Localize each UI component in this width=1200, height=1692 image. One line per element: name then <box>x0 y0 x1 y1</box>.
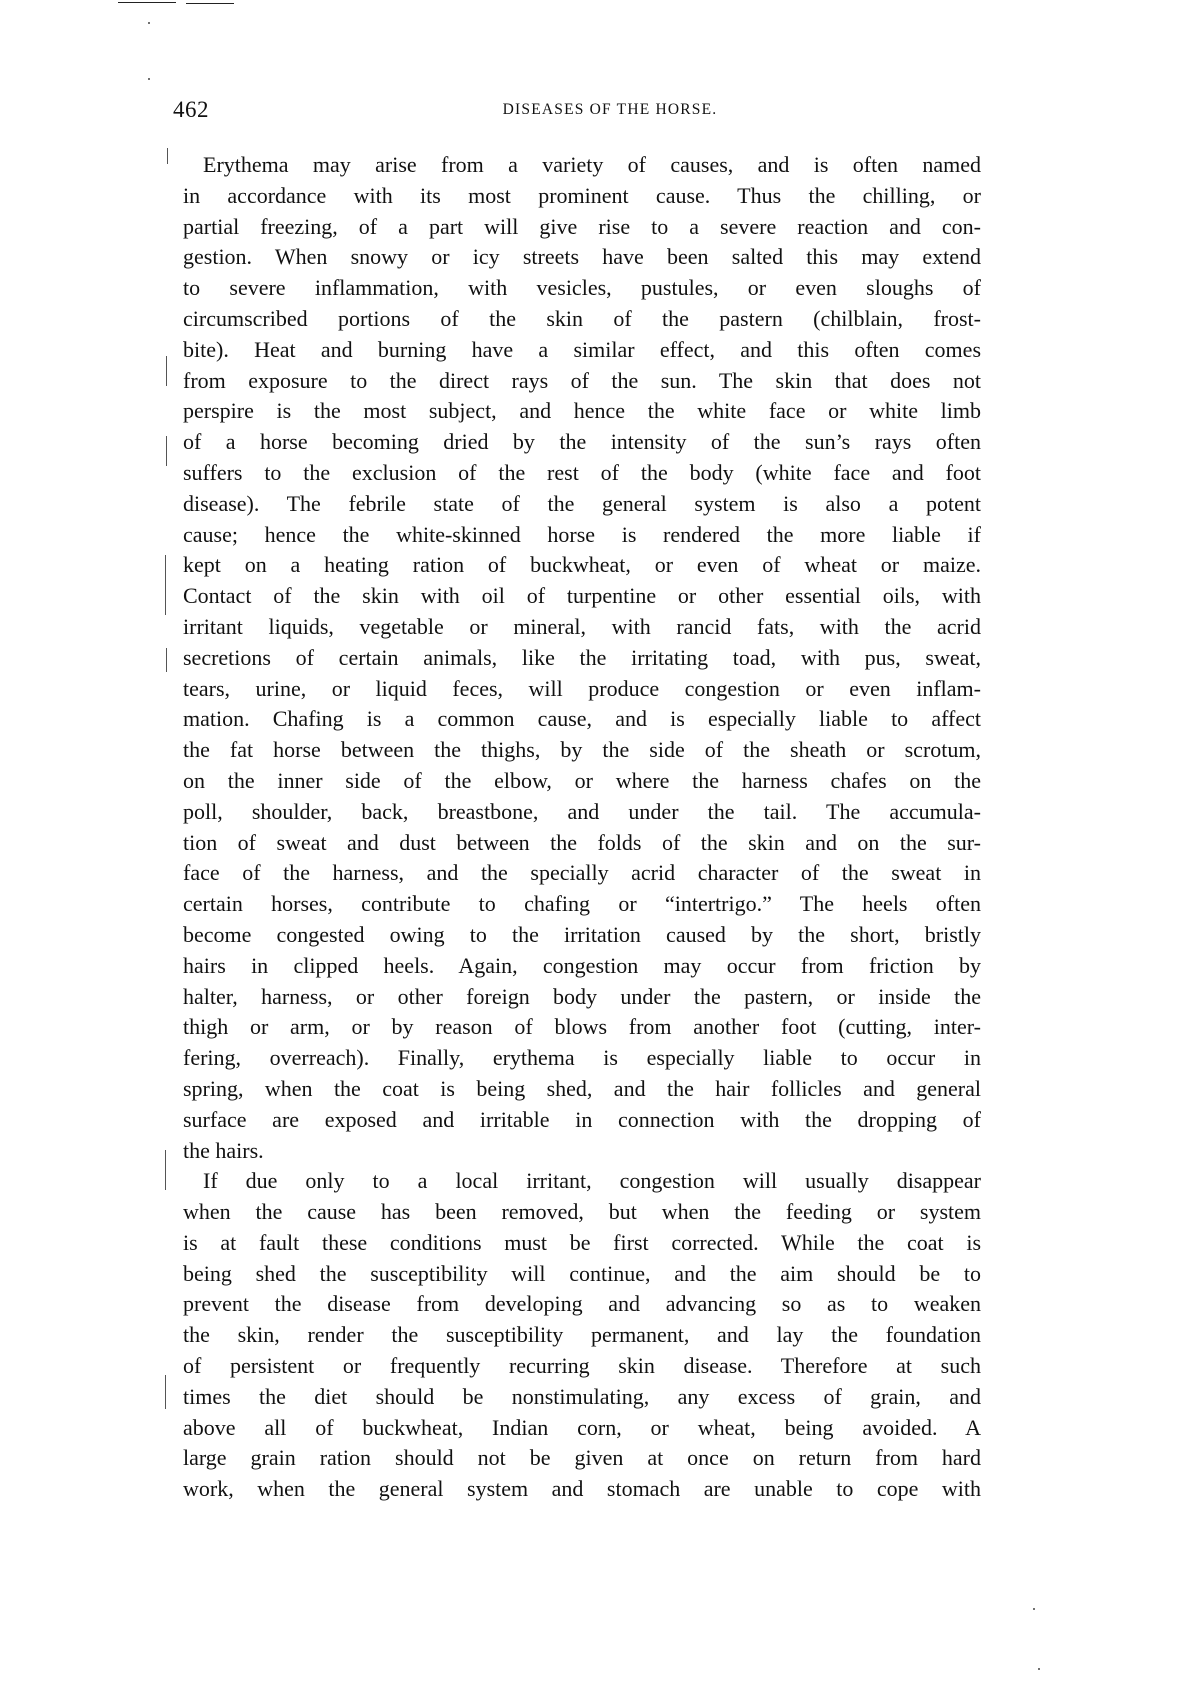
running-head: DISEASES OF THE HORSE. <box>0 101 1200 119</box>
text-line: thigh or arm, or by reason of blows from… <box>183 1012 981 1043</box>
text-line: bite). Heat and burning have a similar e… <box>183 335 981 366</box>
body-text: Erythema may arise from a variety of cau… <box>183 150 981 1505</box>
text-line: kept on a heating ration of buckwheat, o… <box>183 550 981 581</box>
text-line: poll, shoulder, back, breastbone, and un… <box>183 797 981 828</box>
margin-scan-bar <box>167 148 168 164</box>
scan-edge-mark <box>186 3 234 4</box>
text-line: tion of sweat and dust between the folds… <box>183 828 981 859</box>
text-line: prevent the disease from developing and … <box>183 1289 981 1320</box>
scan-speck <box>148 22 150 24</box>
text-line: of persistent or frequently recurring sk… <box>183 1351 981 1382</box>
text-line: tears, urine, or liquid feces, will prod… <box>183 674 981 705</box>
margin-scan-bar <box>166 356 167 386</box>
text-line: cause; hence the white-skinned horse is … <box>183 520 981 551</box>
text-line: circumscribed portions of the skin of th… <box>183 304 981 335</box>
text-line: the skin, render the susceptibility perm… <box>183 1320 981 1351</box>
text-line: when the cause has been removed, but whe… <box>183 1197 981 1228</box>
text-line: disease). The febrile state of the gener… <box>183 489 981 520</box>
text-line: secretions of certain animals, like the … <box>183 643 981 674</box>
paragraph-1: Erythema may arise from a variety of cau… <box>183 150 981 1166</box>
text-line: is at fault these conditions must be fir… <box>183 1228 981 1259</box>
text-line: work, when the general system and stomac… <box>183 1474 981 1505</box>
margin-scan-bar <box>166 436 167 466</box>
margin-scan-bar <box>165 1375 166 1409</box>
scan-edge-mark <box>118 2 176 3</box>
text-line: the fat horse between the thighs, by the… <box>183 735 981 766</box>
text-line: in accordance with its most prominent ca… <box>183 181 981 212</box>
text-line: partial freezing, of a part will give ri… <box>183 212 981 243</box>
text-line: halter, harness, or other foreign body u… <box>183 982 981 1013</box>
text-line: fering, overreach). Finally, erythema is… <box>183 1043 981 1074</box>
text-line: suffers to the exclusion of the rest of … <box>183 458 981 489</box>
text-line: being shed the susceptibility will conti… <box>183 1259 981 1290</box>
text-line: to severe inflammation, with vesicles, p… <box>183 273 981 304</box>
margin-scan-bar <box>165 555 166 615</box>
text-line: times the diet should be nonstimulating,… <box>183 1382 981 1413</box>
text-line: spring, when the coat is being shed, and… <box>183 1074 981 1105</box>
margin-scan-bar <box>166 648 167 672</box>
text-line: irritant liquids, vegetable or mineral, … <box>183 612 981 643</box>
text-line: on the inner side of the elbow, or where… <box>183 766 981 797</box>
text-line: from exposure to the direct rays of the … <box>183 366 981 397</box>
text-line: If due only to a local irritant, congest… <box>183 1166 981 1197</box>
text-line: of a horse becoming dried by the intensi… <box>183 427 981 458</box>
scan-speck <box>1033 1608 1035 1610</box>
text-line: Contact of the skin with oil of turpenti… <box>183 581 981 612</box>
text-line: certain horses, contribute to chafing or… <box>183 889 981 920</box>
margin-scan-bar <box>165 1150 166 1190</box>
text-line: large grain ration should not be given a… <box>183 1443 981 1474</box>
text-line: gestion. When snowy or icy streets have … <box>183 242 981 273</box>
scan-speck <box>1038 1668 1040 1670</box>
scan-speck <box>148 78 150 80</box>
text-line: above all of buckwheat, Indian corn, or … <box>183 1413 981 1444</box>
text-line: surface are exposed and irritable in con… <box>183 1105 981 1136</box>
text-line: face of the harness, and the specially a… <box>183 858 981 889</box>
text-line: mation. Chafing is a common cause, and i… <box>183 704 981 735</box>
text-line: become congested owing to the irritation… <box>183 920 981 951</box>
text-line: Erythema may arise from a variety of cau… <box>183 150 981 181</box>
text-line: the hairs. <box>183 1136 981 1167</box>
paragraph-2: If due only to a local irritant, congest… <box>183 1166 981 1505</box>
text-line: perspire is the most subject, and hence … <box>183 396 981 427</box>
text-line: hairs in clipped heels. Again, congestio… <box>183 951 981 982</box>
